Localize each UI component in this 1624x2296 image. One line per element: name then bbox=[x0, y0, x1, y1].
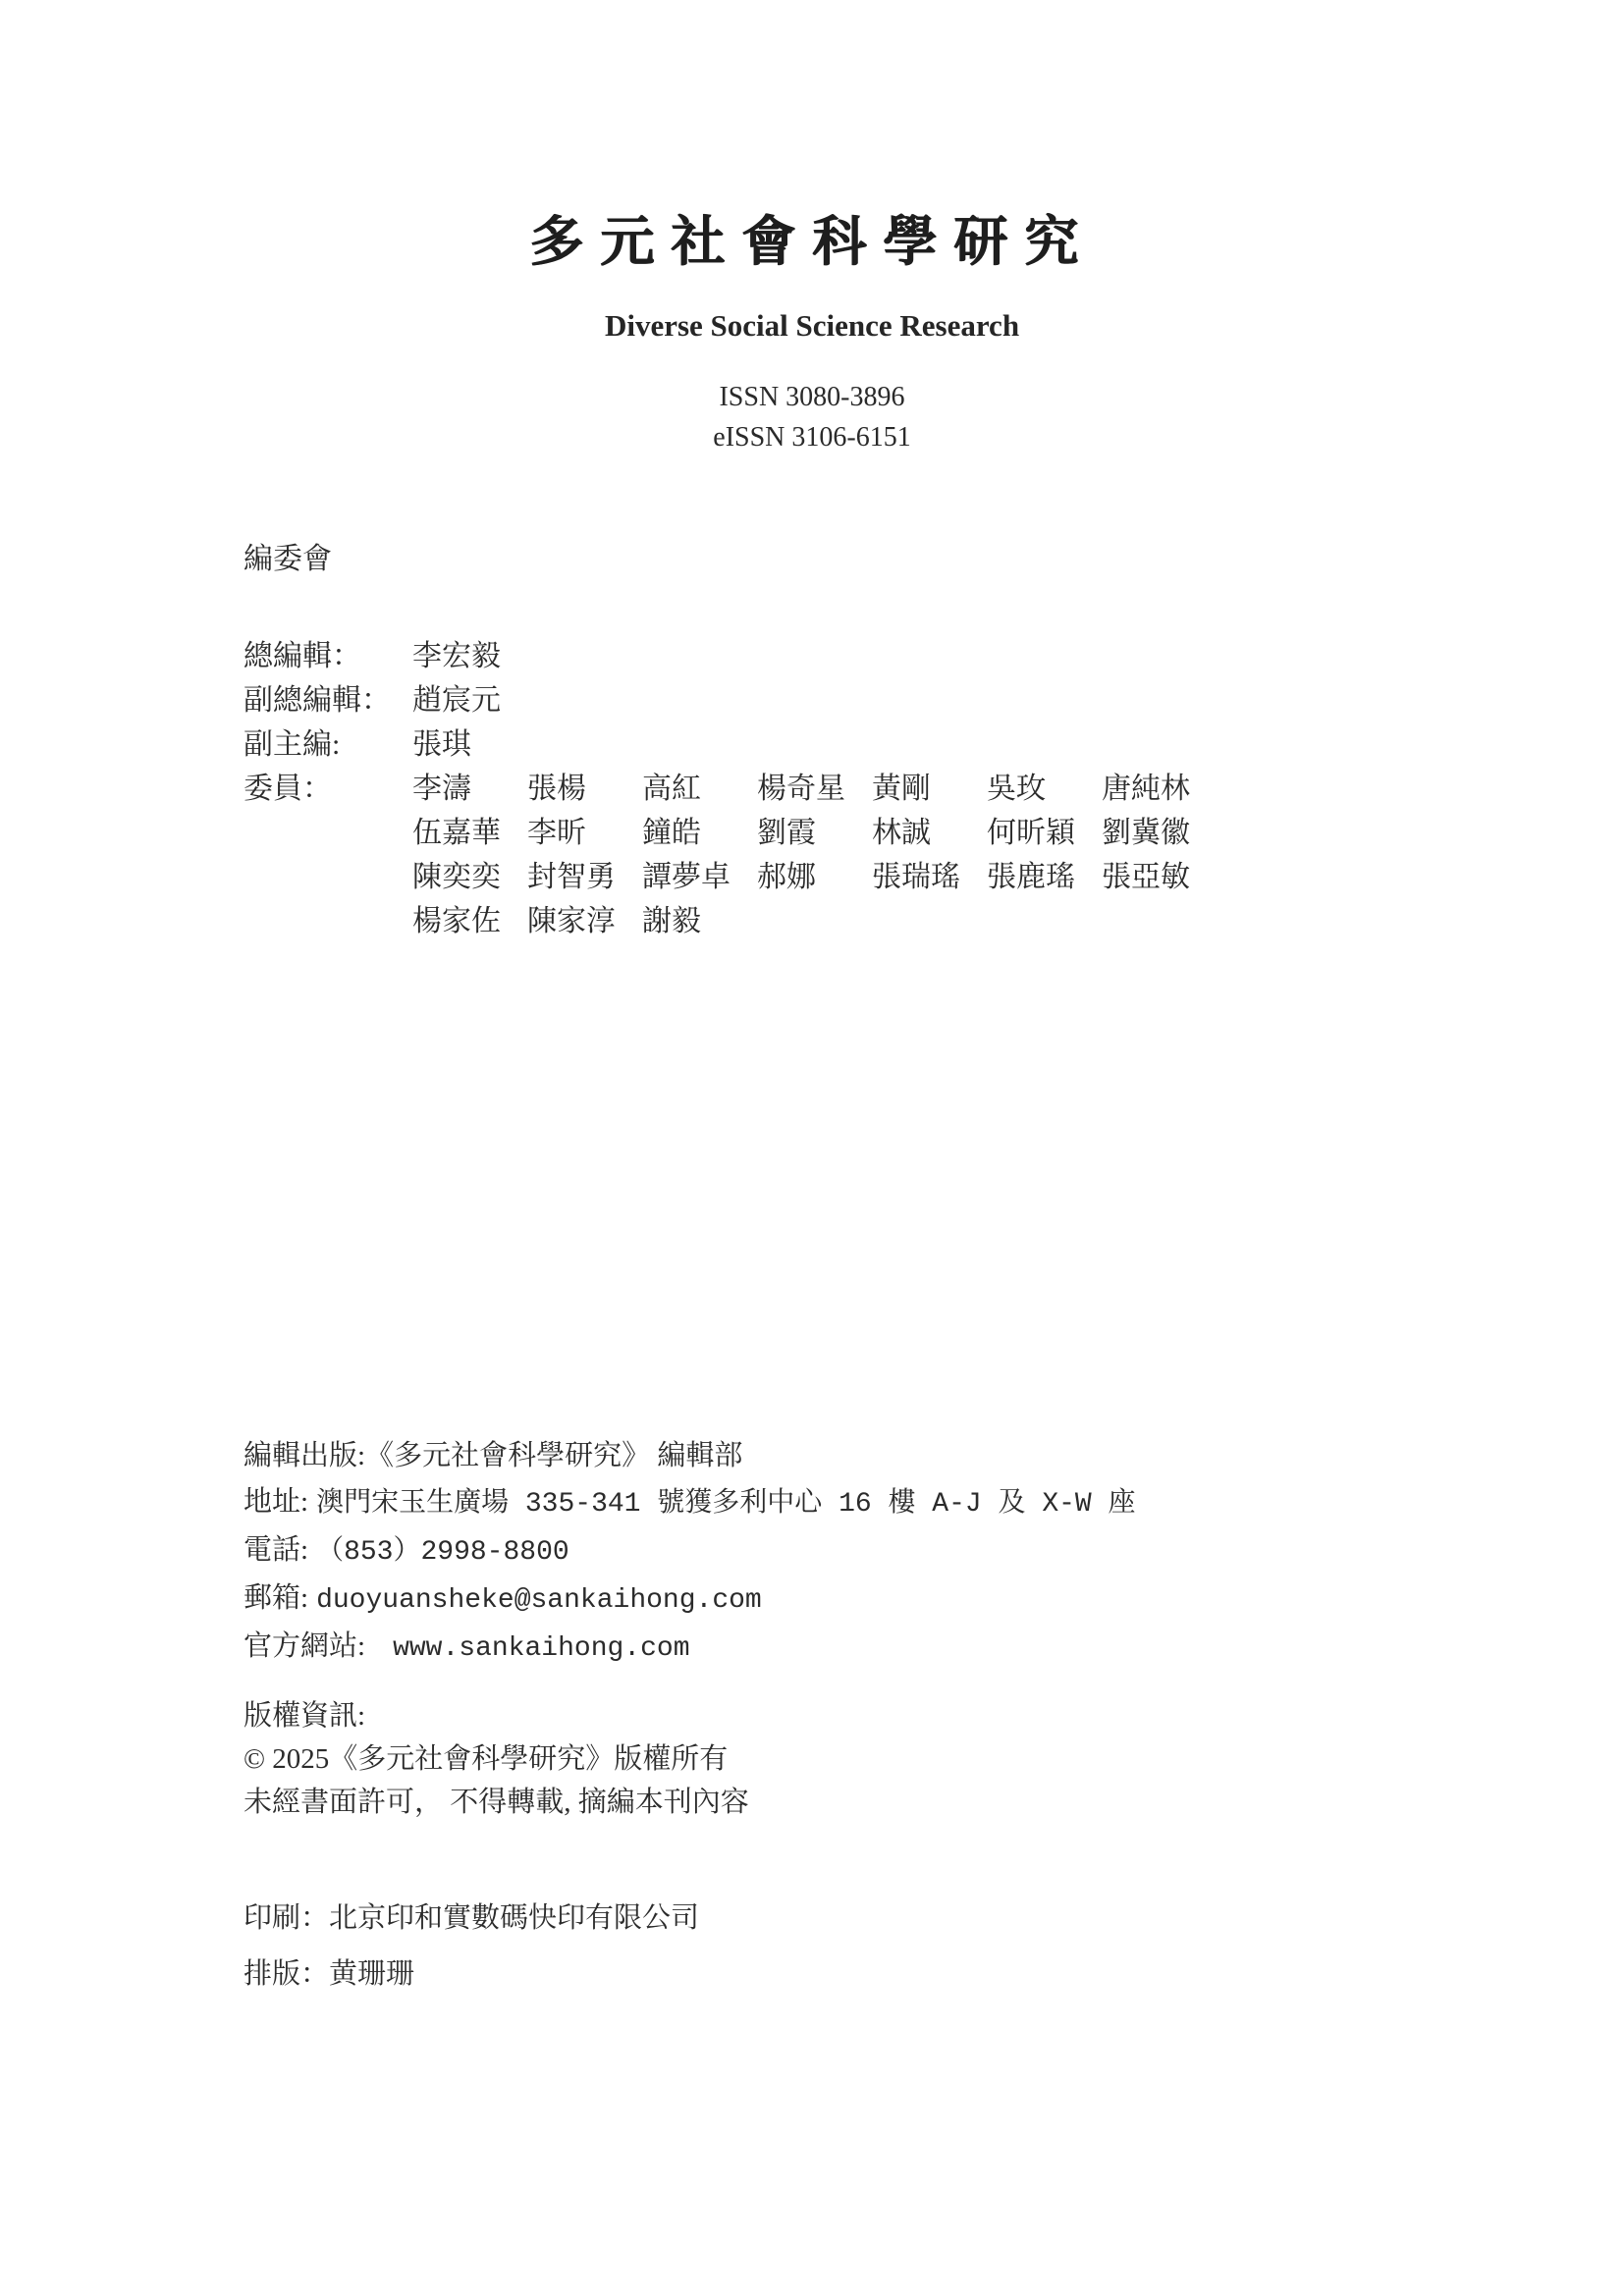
website-line: 官方網站:www.sankaihong.com bbox=[244, 1624, 1136, 1672]
committee-member: 張楊 bbox=[527, 767, 642, 811]
editorial-board-heading: 編委會 bbox=[244, 542, 1217, 577]
committee-member: 林誠 bbox=[872, 811, 987, 855]
email-label: 郵箱: bbox=[244, 1582, 308, 1614]
committee-member: 陳家淳 bbox=[527, 899, 642, 943]
phone-value: （853）2998-8800 bbox=[316, 1537, 569, 1568]
committee-member: 劉霞 bbox=[757, 811, 872, 855]
copyright-heading: 版權資訊: bbox=[244, 1694, 749, 1737]
copyright-info: 版權資訊: © 2025《多元社會科學研究》版權所有 未經書面許可， 不得轉載,… bbox=[244, 1694, 749, 1824]
journal-title-english: Diverse Social Science Research bbox=[0, 310, 1624, 342]
committee-member: 郝娜 bbox=[757, 855, 872, 899]
role-row-associate-editor: 副主編: 張琪 bbox=[244, 722, 1217, 767]
address-line: 地址:澳門宋玉生廣場 335-341 號獲多利中心 16 樓 A-J 及 X-W… bbox=[244, 1479, 1136, 1527]
issn-block: ISSN 3080-3896 eISSN 3106-6151 bbox=[0, 377, 1624, 457]
journal-title-chinese: 多元社會科學研究 bbox=[0, 212, 1624, 273]
editorial-board-rows: 總編輯： 李宏毅 副總編輯： 趙宸元 副主編: 張琪 委員： 李濤 張楊 高紅 bbox=[244, 634, 1217, 943]
typesetting-line: 排版：黄珊珊 bbox=[244, 1947, 699, 2002]
committee-member: 張鹿瑤 bbox=[987, 855, 1102, 899]
committee-member: 高紅 bbox=[642, 767, 757, 811]
committee-member: 李昕 bbox=[527, 811, 642, 855]
journal-front-matter-page: 多元社會科學研究 Diverse Social Science Research… bbox=[0, 0, 1624, 2296]
phone-label: 電話: bbox=[244, 1534, 308, 1566]
address-label: 地址: bbox=[244, 1486, 308, 1518]
role-row-editor-in-chief: 總編輯： 李宏毅 bbox=[244, 634, 1217, 678]
committee-member: 李濤 bbox=[412, 767, 527, 811]
printing-line: 印刷：北京印和實數碼快印有限公司 bbox=[244, 1891, 699, 1947]
role-value-deputy-editor-in-chief: 趙宸元 bbox=[412, 678, 501, 722]
role-value-editor-in-chief: 李宏毅 bbox=[412, 634, 501, 678]
address-value: 澳門宋玉生廣場 335-341 號獲多利中心 16 樓 A-J 及 X-W 座 bbox=[316, 1489, 1135, 1520]
committee-member: 鐘皓 bbox=[642, 811, 757, 855]
copyright-line-1: © 2025《多元社會科學研究》版權所有 bbox=[244, 1737, 749, 1781]
committee-member: 譚夢卓 bbox=[642, 855, 757, 899]
committee-member: 劉冀徽 bbox=[1102, 811, 1217, 855]
members-row-1: 李濤 張楊 高紅 楊奇星 黃剛 吳玫 唐純林 bbox=[412, 767, 1217, 811]
role-label-associate-editor: 副主編: bbox=[244, 722, 412, 767]
website-value: www.sankaihong.com bbox=[393, 1633, 689, 1664]
editorial-board: 編委會 總編輯： 李宏毅 副總編輯： 趙宸元 副主編: 張琪 委員： 李濤 張楊 bbox=[244, 542, 1217, 943]
committee-member: 張亞敏 bbox=[1102, 855, 1217, 899]
committee-member: 唐純林 bbox=[1102, 767, 1217, 811]
role-row-deputy-editor-in-chief: 副總編輯： 趙宸元 bbox=[244, 678, 1217, 722]
publisher-label: 編輯出版: bbox=[244, 1440, 365, 1471]
publisher-info: 編輯出版:《多元社會科學研究》 編輯部 地址:澳門宋玉生廣場 335-341 號… bbox=[244, 1433, 1136, 1672]
committee-members-grid: 李濤 張楊 高紅 楊奇星 黃剛 吳玫 唐純林 伍嘉華 李昕 鐘皓 劉霞 林誠 bbox=[412, 767, 1217, 943]
eissn: eISSN 3106-6151 bbox=[0, 417, 1624, 457]
issn: ISSN 3080-3896 bbox=[0, 377, 1624, 417]
publisher-value: 《多元社會科學研究》 編輯部 bbox=[365, 1440, 742, 1471]
committee-members-label: 委員： bbox=[244, 767, 412, 811]
email-line: 郵箱:duoyuansheke@sankaihong.com bbox=[244, 1575, 1136, 1624]
masthead: 多元社會科學研究 Diverse Social Science Research… bbox=[0, 212, 1624, 457]
committee-member: 楊家佐 bbox=[412, 899, 527, 943]
email-value: duoyuansheke@sankaihong.com bbox=[316, 1585, 762, 1616]
committee-member: 吳玫 bbox=[987, 767, 1102, 811]
production-info: 印刷：北京印和實數碼快印有限公司 排版：黄珊珊 bbox=[244, 1891, 699, 2002]
phone-line: 電話:（853）2998-8800 bbox=[244, 1527, 1136, 1575]
role-label-editor-in-chief: 總編輯： bbox=[244, 634, 412, 678]
role-value-associate-editor: 張琪 bbox=[412, 722, 471, 767]
committee-members-row: 委員： 李濤 張楊 高紅 楊奇星 黃剛 吳玫 唐純林 伍嘉華 李昕 鐘皓 bbox=[244, 767, 1217, 943]
members-row-2: 伍嘉華 李昕 鐘皓 劉霞 林誠 何昕穎 劉冀徽 bbox=[412, 811, 1217, 855]
website-label: 官方網站: bbox=[244, 1630, 365, 1662]
members-row-4: 楊家佐 陳家淳 謝毅 bbox=[412, 899, 1217, 943]
committee-member: 陳奕奕 bbox=[412, 855, 527, 899]
committee-member: 黃剛 bbox=[872, 767, 987, 811]
publisher-line: 編輯出版:《多元社會科學研究》 編輯部 bbox=[244, 1433, 1136, 1479]
committee-member: 封智勇 bbox=[527, 855, 642, 899]
committee-member: 張瑞瑤 bbox=[872, 855, 987, 899]
role-label-deputy-editor-in-chief: 副總編輯： bbox=[244, 678, 412, 722]
copyright-line-2: 未經書面許可， 不得轉載, 摘編本刊內容 bbox=[244, 1781, 749, 1824]
committee-member: 伍嘉華 bbox=[412, 811, 527, 855]
members-row-3: 陳奕奕 封智勇 譚夢卓 郝娜 張瑞瑤 張鹿瑤 張亞敏 bbox=[412, 855, 1217, 899]
committee-member: 何昕穎 bbox=[987, 811, 1102, 855]
committee-member: 楊奇星 bbox=[757, 767, 872, 811]
committee-member: 謝毅 bbox=[642, 899, 757, 943]
